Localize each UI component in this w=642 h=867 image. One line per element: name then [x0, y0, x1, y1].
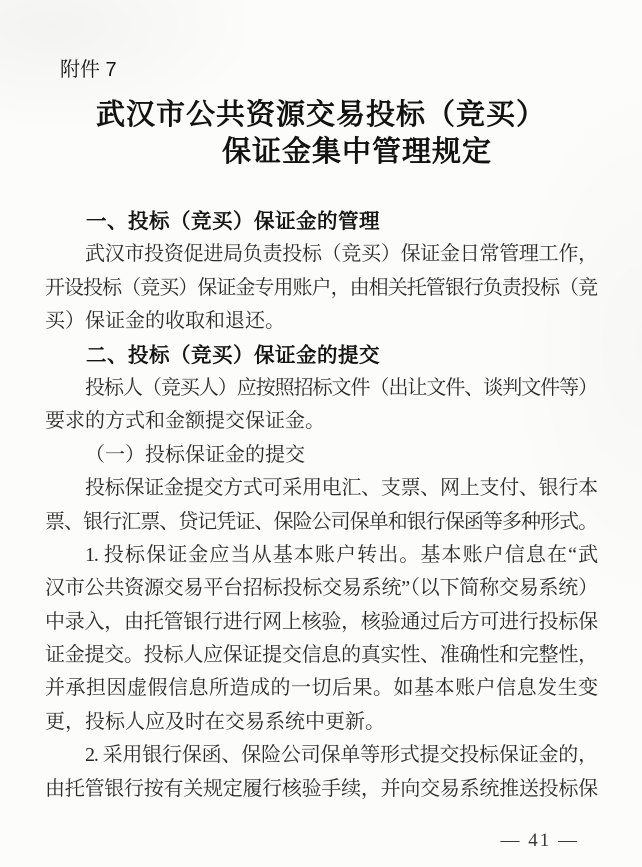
text-line: 买）保证金的收取和退还。	[45, 305, 597, 338]
text-line: 中录入，由托管银行进行网上核验，核验通过后方可进行投标保	[45, 606, 597, 639]
text-line: 票、银行汇票、贷记凭证、保险公司保单和银行保函等多种形式。	[45, 506, 597, 539]
text-line: 证金提交。投标人应保证提交信息的真实性、准确性和完整性，	[45, 639, 597, 672]
text-line-item-1: 1. 投标保证金应当从基本账户转出。基本账户信息在“武	[45, 539, 597, 572]
document-title-line-1: 武汉市公共资源交易投标（竞买）	[45, 97, 597, 134]
subsection-heading-1: （一）投标保证金的提交	[45, 439, 597, 472]
attachment-label: 附件 7	[60, 57, 597, 83]
page-number: — 41 —	[501, 830, 580, 852]
document-title-line-2: 保证金集中管理规定	[45, 134, 597, 171]
text-line: 汉市公共资源交易平台招标投标交易系统”（以下简称交易系统）	[45, 572, 597, 605]
text-line: 开设投标（竞买）保证金专用账户，由相关托管银行负责投标（竞	[45, 272, 597, 305]
section-heading-1: 一、投标（竞买）保证金的管理	[45, 205, 597, 238]
text-line-item-2: 2. 采用银行保函、保险公司保单等形式提交投标保证金的，	[45, 739, 597, 772]
text-line: 武汉市投资促进局负责投标（竞买）保证金日常管理工作，	[45, 238, 597, 271]
text-line: 投标保证金提交方式可采用电汇、支票、网上支付、银行本	[45, 472, 597, 505]
document-body: 一、投标（竞买）保证金的管理 武汉市投资促进局负责投标（竞买）保证金日常管理工作…	[45, 205, 597, 806]
document-page: 附件 7 武汉市公共资源交易投标（竞买） 保证金集中管理规定 一、投标（竞买）保…	[0, 0, 642, 867]
text-line: 更，投标人应及时在交易系统中更新。	[45, 706, 597, 739]
text-line: 投标人（竞买人）应按照招标文件（出让文件、谈判文件等）	[45, 372, 597, 405]
section-heading-2: 二、投标（竞买）保证金的提交	[45, 339, 597, 372]
text-line: 要求的方式和金额提交保证金。	[45, 405, 597, 438]
text-line: 并承担因虚假信息所造成的一切后果。如基本账户信息发生变	[45, 672, 597, 705]
text-line: 由托管银行按有关规定履行核验手续，并向交易系统推送投标保	[45, 773, 597, 806]
